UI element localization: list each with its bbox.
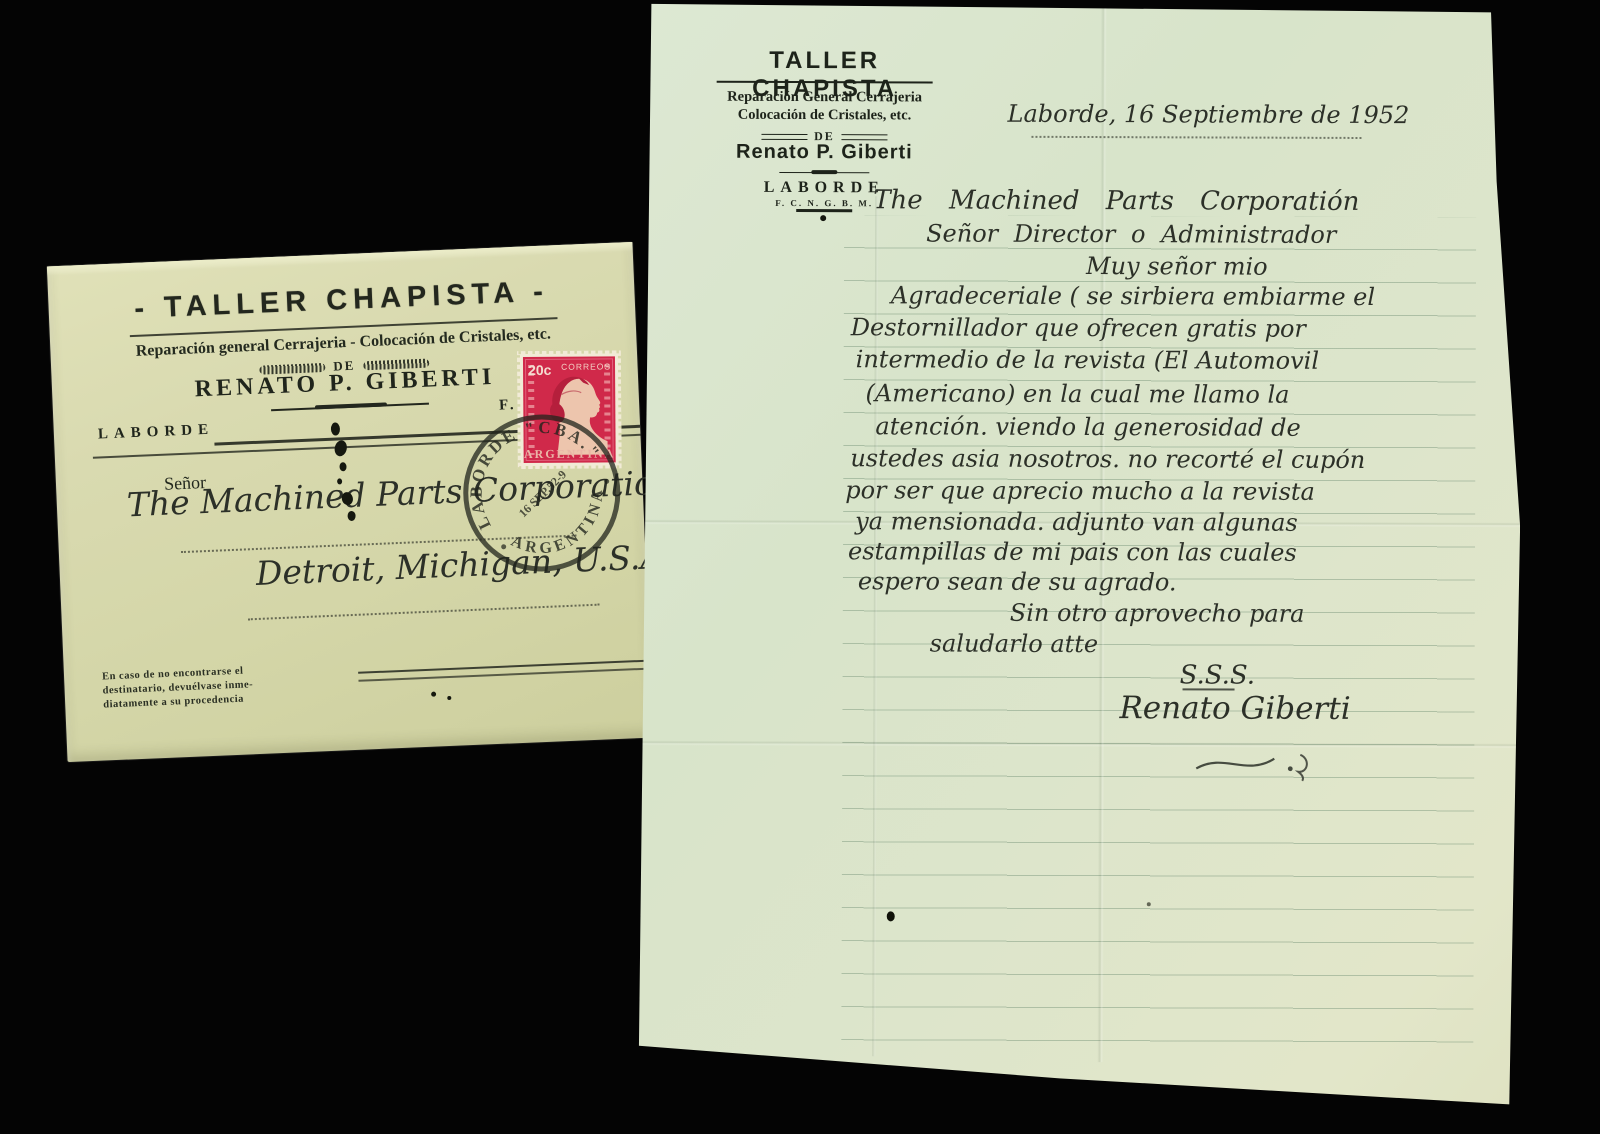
handwritten-line: ya mensionada. adjunto van algunas xyxy=(855,507,1298,537)
handwritten-line: por ser que aprecio mucho a la revista xyxy=(845,476,1315,506)
ink-blot xyxy=(347,511,355,521)
handwritten-line: espero sean de su agrado. xyxy=(858,567,1177,596)
ink-speck xyxy=(431,692,436,697)
double-line-ornament xyxy=(842,134,888,140)
address-dotted-rule-2 xyxy=(248,604,600,621)
paper-speck xyxy=(1147,902,1151,906)
letterhead-dot xyxy=(820,215,826,221)
date-dotted-rule xyxy=(1031,136,1361,139)
double-line-ornament xyxy=(761,133,807,139)
ink-blot xyxy=(331,422,341,435)
handwritten-line: ustedes asia nosotros. no recorté el cup… xyxy=(850,444,1365,474)
date-line: Laborde, 16 Septiembre de 1952 xyxy=(1008,100,1410,129)
letterhead-line2: Colocación de Cristales, etc. xyxy=(695,107,955,125)
handwritten-line: intermedio de la revista (El Automovil xyxy=(856,345,1319,375)
envelope-ornament-rule xyxy=(271,401,429,413)
signature-flourish xyxy=(1192,744,1322,786)
handwritten-line: Agradeceriale ( se sirbiera embiarme el xyxy=(891,281,1375,311)
closing-line: Sin otro aprovecho para xyxy=(1010,599,1305,628)
stamp-value: 20c xyxy=(528,362,552,378)
closing-line: saludarlo atte xyxy=(930,629,1099,658)
handwritten-line: (Americano) en la cual me llamo la xyxy=(866,379,1290,408)
letterhead-owner-name: Renato P. Giberti xyxy=(694,141,954,165)
envelope-city-label: LABORDE xyxy=(98,422,215,444)
envelope-bottom-rule-a xyxy=(358,660,650,674)
ink-speck xyxy=(447,696,451,700)
handwritten-line: atención. viendo la generosidad de xyxy=(875,412,1300,441)
ink-blot xyxy=(339,462,346,471)
paper-hole xyxy=(887,911,895,921)
handwritten-line: estampillas de mi pais con las cuales xyxy=(848,537,1297,567)
handwritten-line: Destornillador que ofrecen gratis por xyxy=(851,313,1306,343)
envelope: - TALLER CHAPISTA - Reparación general C… xyxy=(47,242,653,762)
envelope-flap-edge xyxy=(47,242,633,276)
handwritten-line: The Machined Parts Corporatión xyxy=(873,185,1359,217)
letterhead-short-rule xyxy=(796,209,852,212)
letter-sheet: TALLER CHAPISTA Reparación General Cerra… xyxy=(636,0,1522,1115)
letterhead-ornament-rule xyxy=(779,170,869,175)
stamp-service: CORREOS xyxy=(561,361,611,371)
ink-blot xyxy=(333,439,348,457)
handwritten-line: Señor Director o Administrador xyxy=(926,219,1336,248)
handwritten-line: Muy señor mio xyxy=(1086,252,1268,281)
photo-scene: - TALLER CHAPISTA - Reparación general C… xyxy=(0,0,1600,1134)
return-notice: En caso de no encontrarse el destinatari… xyxy=(102,664,254,712)
letterhead-line1: Reparación General Cerrajeria xyxy=(695,89,955,107)
letterhead: TALLER CHAPISTA Reparación General Cerra… xyxy=(695,1,955,2)
valediction-sss: S.S.S. xyxy=(1180,660,1256,690)
envelope-title: - TALLER CHAPISTA - xyxy=(48,272,635,330)
signature: Renato Giberti xyxy=(1119,690,1350,727)
postmark-date: 16 SEP.52-9 xyxy=(516,467,569,520)
